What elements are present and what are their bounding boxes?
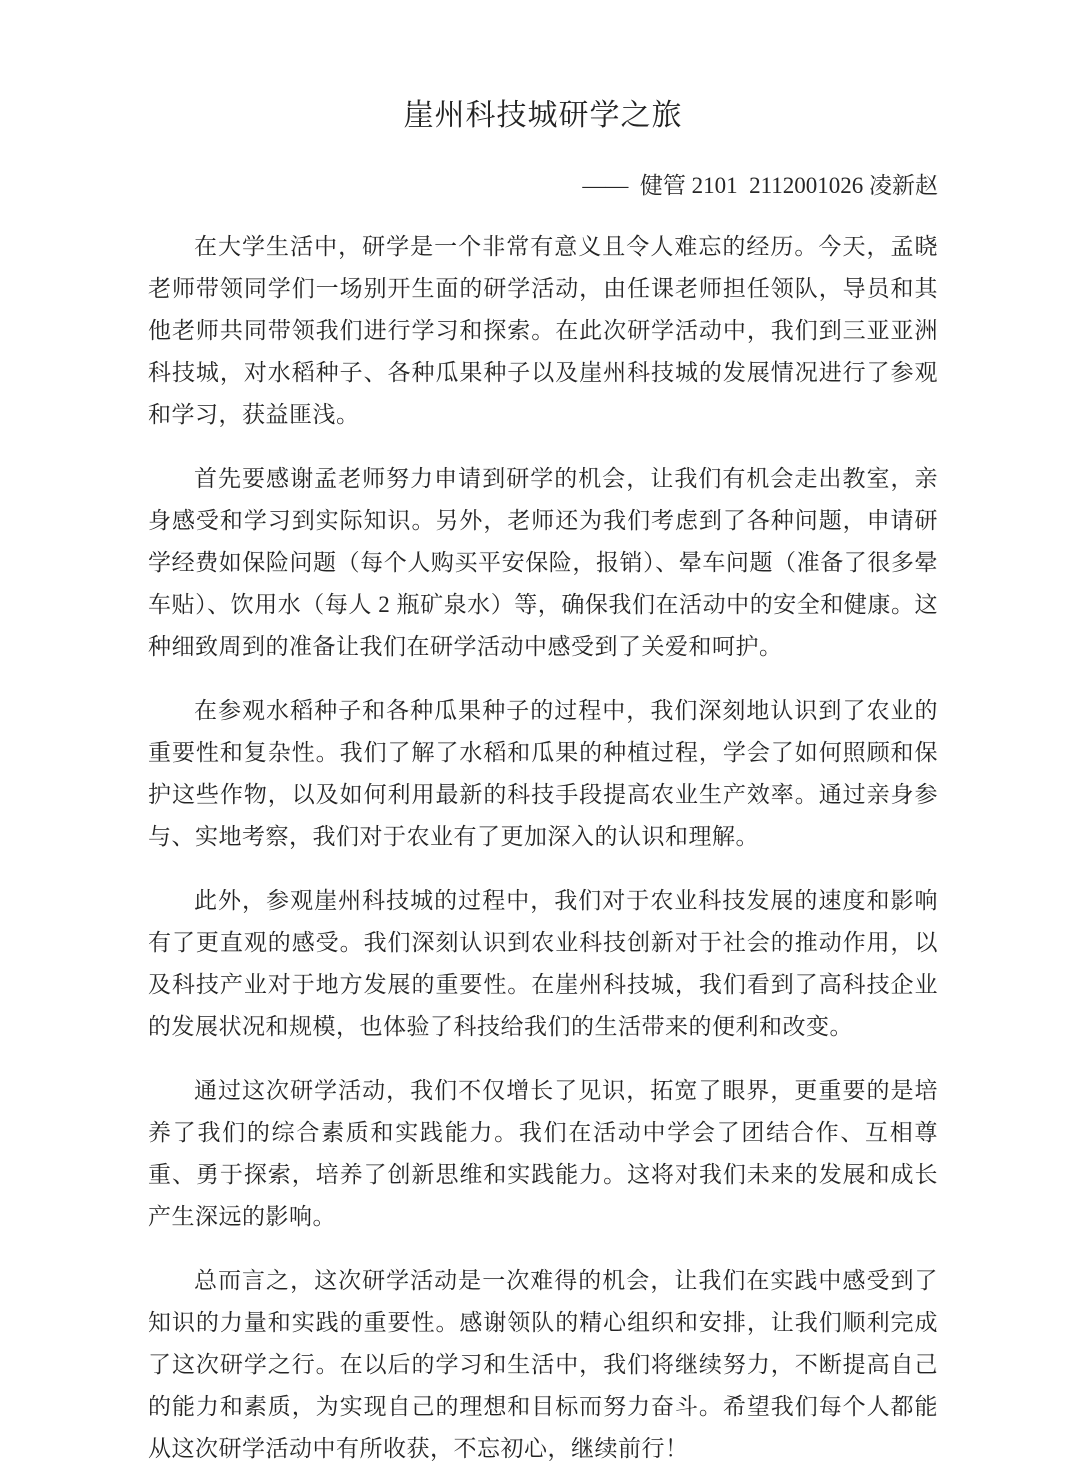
document-page: 崖州科技城研学之旅 —— 健管 2101 2112001026 凌新赵 在大学生…	[0, 0, 1080, 1474]
document-byline: —— 健管 2101 2112001026 凌新赵	[148, 170, 938, 202]
paragraph: 首先要感谢孟老师努力申请到研学的机会，让我们有机会走出教室，亲身感受和学习到实际…	[148, 458, 938, 668]
paragraph: 此外，参观崖州科技城的过程中，我们对于农业科技发展的速度和影响有了更直观的感受。…	[148, 880, 938, 1048]
document-body: 在大学生活中，研学是一个非常有意义且令人难忘的经历。今天，孟晓老师带领同学们一场…	[148, 226, 938, 1470]
document-title: 崖州科技城研学之旅	[148, 95, 938, 137]
paragraph: 总而言之，这次研学活动是一次难得的机会，让我们在实践中感受到了知识的力量和实践的…	[148, 1260, 938, 1470]
paragraph: 在大学生活中，研学是一个非常有意义且令人难忘的经历。今天，孟晓老师带领同学们一场…	[148, 226, 938, 436]
paragraph: 在参观水稻种子和各种瓜果种子的过程中，我们深刻地认识到了农业的重要性和复杂性。我…	[148, 690, 938, 858]
paragraph: 通过这次研学活动，我们不仅增长了见识，拓宽了眼界，更重要的是培养了我们的综合素质…	[148, 1070, 938, 1238]
